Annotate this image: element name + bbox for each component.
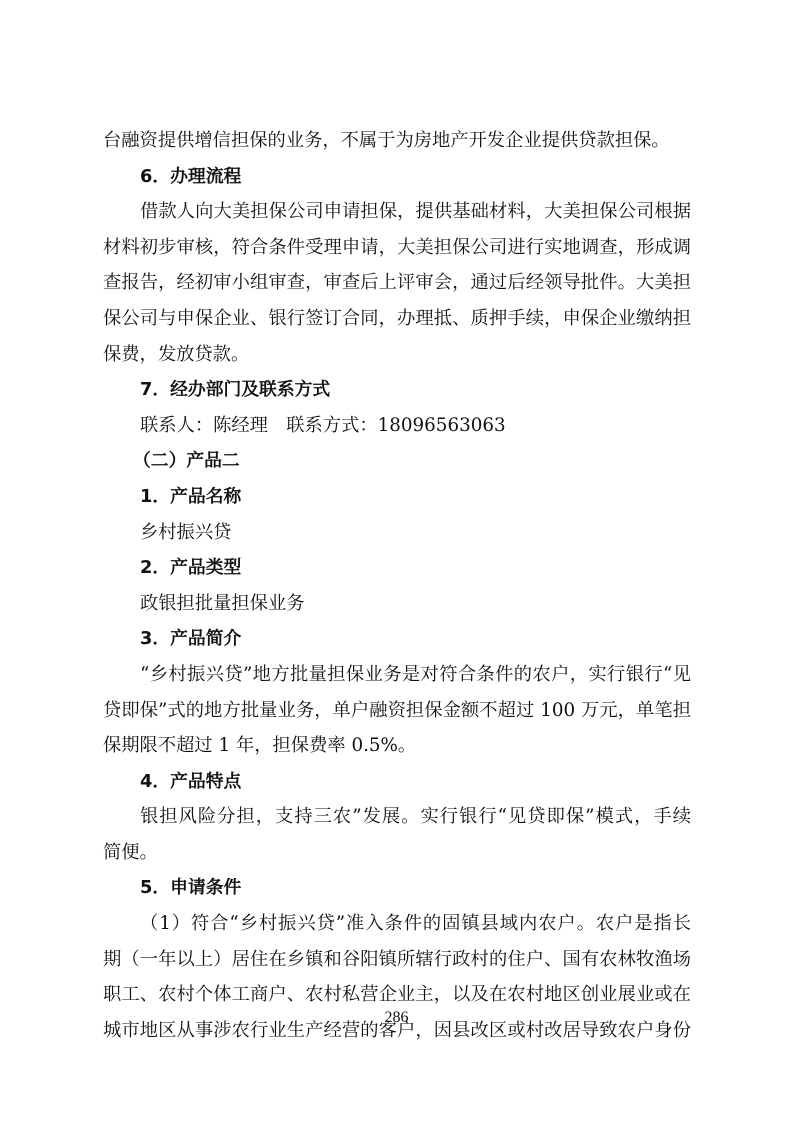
- contact-info: 联系人：陈经理 联系方式：18096563063: [103, 408, 691, 444]
- section-heading-application-conditions: 5．申请条件: [103, 870, 691, 906]
- product-two-heading: （二）产品二: [103, 443, 691, 479]
- paragraph-line: 保费，发放贷款。: [103, 337, 691, 373]
- paragraph-line: 期（一年以上）居住在乡镇和谷阳镇所辖行政村的住户、国有农林牧渔场: [103, 942, 691, 978]
- paragraph-line: （1）符合“乡村振兴贷”准入条件的固镇县域内农户。农户是指长: [103, 906, 691, 942]
- paragraph-line: 职工、农村个体工商户、农村私营企业主，以及在农村地区创业展业或在: [103, 977, 691, 1013]
- page-number: 286: [0, 1009, 793, 1027]
- paragraph-line: 借款人向大美担保公司申请担保，提供基础材料，大美担保公司根据: [103, 194, 691, 230]
- section-heading-product-intro: 3．产品简介: [103, 621, 691, 657]
- paragraph-line: “乡村振兴贷”地方批量担保业务是对符合条件的农户，实行银行“见: [103, 657, 691, 693]
- paragraph-line: 保期限不超过 1 年，担保费率 0.5%。: [103, 728, 691, 764]
- section-heading-process: 6．办理流程: [103, 159, 691, 195]
- paragraph-line: 台融资提供增信担保的业务，不属于为房地产开发企业提供贷款担保。: [103, 123, 691, 159]
- document-page: 台融资提供增信担保的业务，不属于为房地产开发企业提供贷款担保。 6．办理流程 借…: [103, 123, 691, 1048]
- paragraph-line: 查报告，经初审小组审查，审查后上评审会，通过后经领导批件。大美担: [103, 265, 691, 301]
- paragraph-line: 简便。: [103, 835, 691, 871]
- section-heading-product-features: 4．产品特点: [103, 764, 691, 800]
- product-name: 乡村振兴贷: [103, 515, 691, 551]
- paragraph-line: 保公司与申保企业、银行签订合同，办理抵、质押手续，申保企业缴纳担: [103, 301, 691, 337]
- paragraph-line: 贷即保”式的地方批量业务，单户融资担保金额不超过 100 万元，单笔担: [103, 693, 691, 729]
- section-heading-contact: 7．经办部门及联系方式: [103, 372, 691, 408]
- product-type: 政银担批量担保业务: [103, 586, 691, 622]
- section-heading-product-name: 1．产品名称: [103, 479, 691, 515]
- section-heading-product-type: 2．产品类型: [103, 550, 691, 586]
- paragraph-line: 材料初步审核，符合条件受理申请，大美担保公司进行实地调查，形成调: [103, 230, 691, 266]
- paragraph-line: 银担风险分担，支持三农”发展。实行银行“见贷即保”模式，手续: [103, 799, 691, 835]
